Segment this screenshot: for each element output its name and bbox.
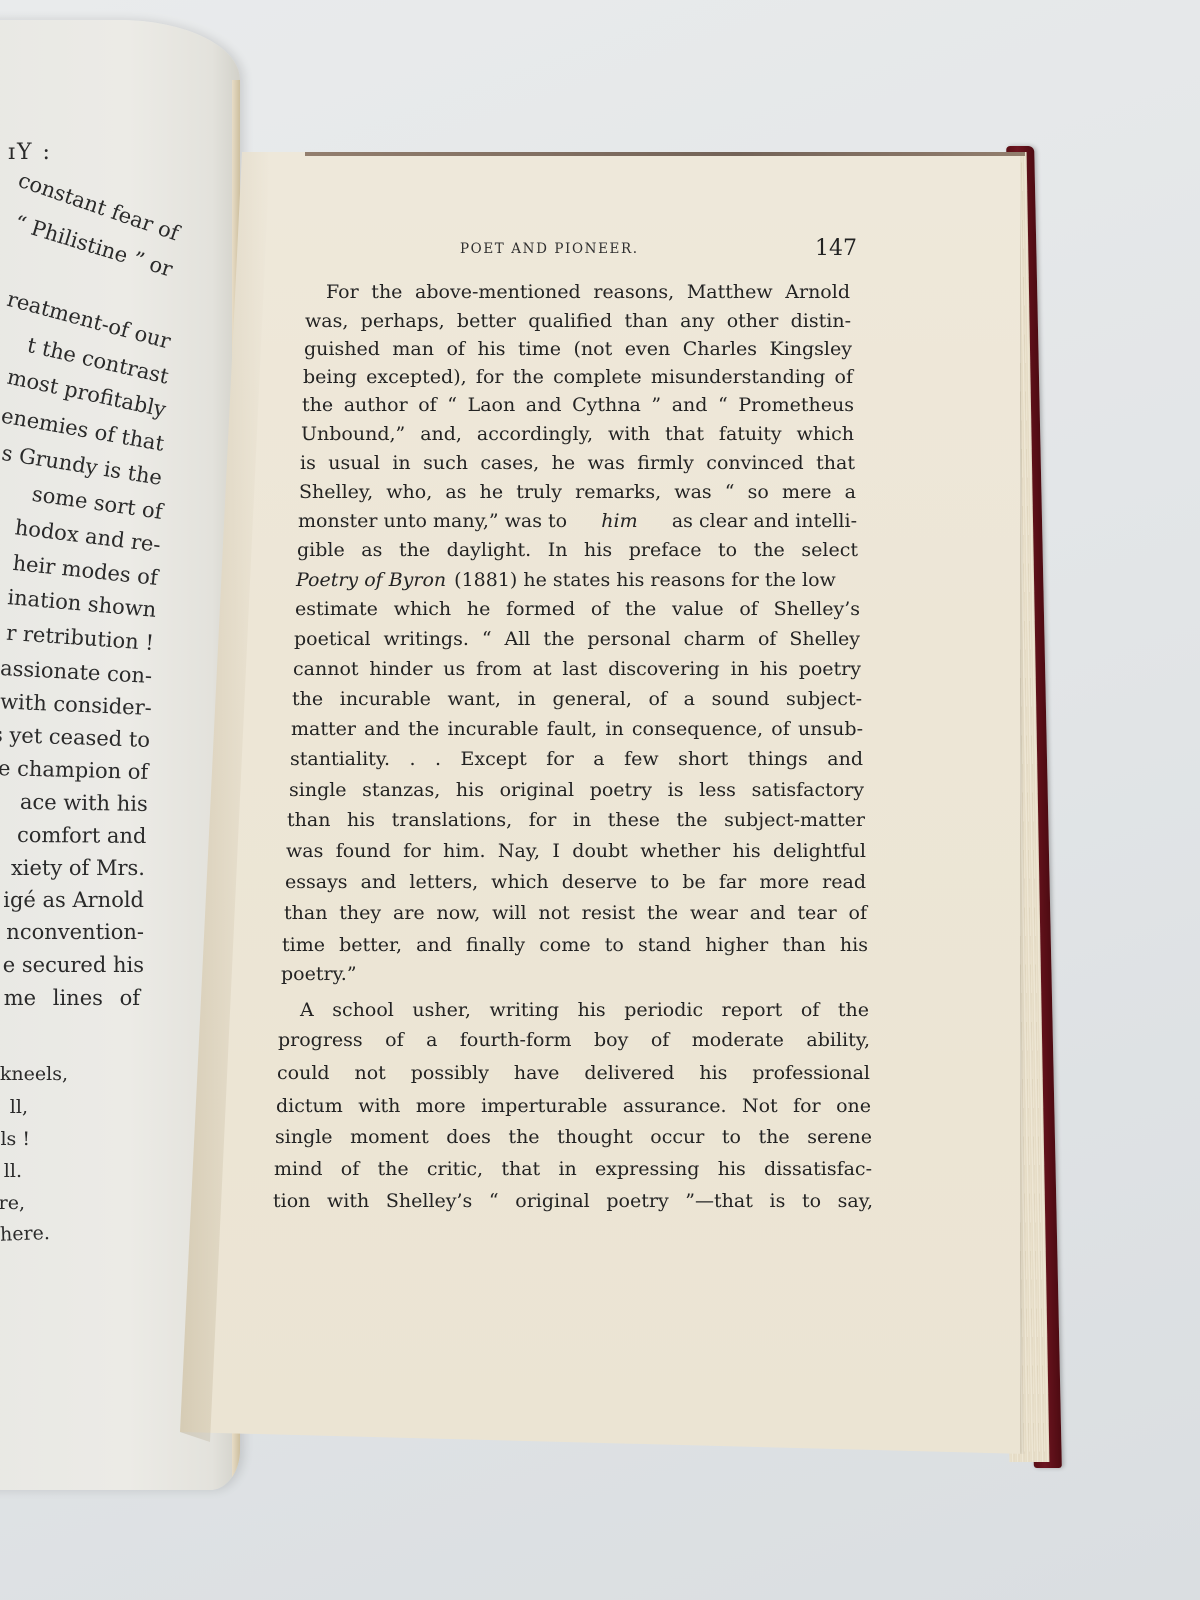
left-line: e champion of — [0, 756, 148, 784]
left-line: assionate con- — [0, 656, 153, 688]
left-line: ll. — [4, 1160, 22, 1182]
left-line: ination shown — [6, 585, 157, 622]
left-line: ls ! — [0, 1128, 30, 1150]
left-line: kneels, — [0, 1063, 68, 1085]
left-line: some sort of — [30, 482, 163, 524]
right-page — [180, 152, 1020, 1454]
left-line: here. — [0, 1222, 50, 1246]
page-top-edge — [305, 152, 1025, 156]
left-line: me lines of — [4, 986, 140, 1010]
left-line: e secured his — [3, 953, 144, 977]
left-line: ll, — [10, 1096, 28, 1118]
left-line: r retribution ! — [6, 621, 155, 655]
page-number: 147 — [815, 236, 857, 261]
left-line: ace with his — [20, 790, 148, 816]
left-line: igé as Arnold — [3, 888, 144, 912]
running-head: POET AND PIONEER. — [460, 241, 639, 257]
left-line: s yet ceased to — [0, 722, 150, 751]
left-line: re, — [0, 1192, 25, 1214]
left-page-text: constant fear of “ Philistine ” or reatm… — [0, 0, 200, 1300]
left-line: heir modes of — [12, 551, 159, 590]
left-line: nconvention- — [6, 920, 144, 944]
left-line: comfort and — [17, 823, 147, 848]
left-line: xiety of Mrs. — [11, 856, 145, 880]
left-line: hodox and re- — [13, 515, 161, 557]
left-line: with consider- — [0, 689, 153, 720]
